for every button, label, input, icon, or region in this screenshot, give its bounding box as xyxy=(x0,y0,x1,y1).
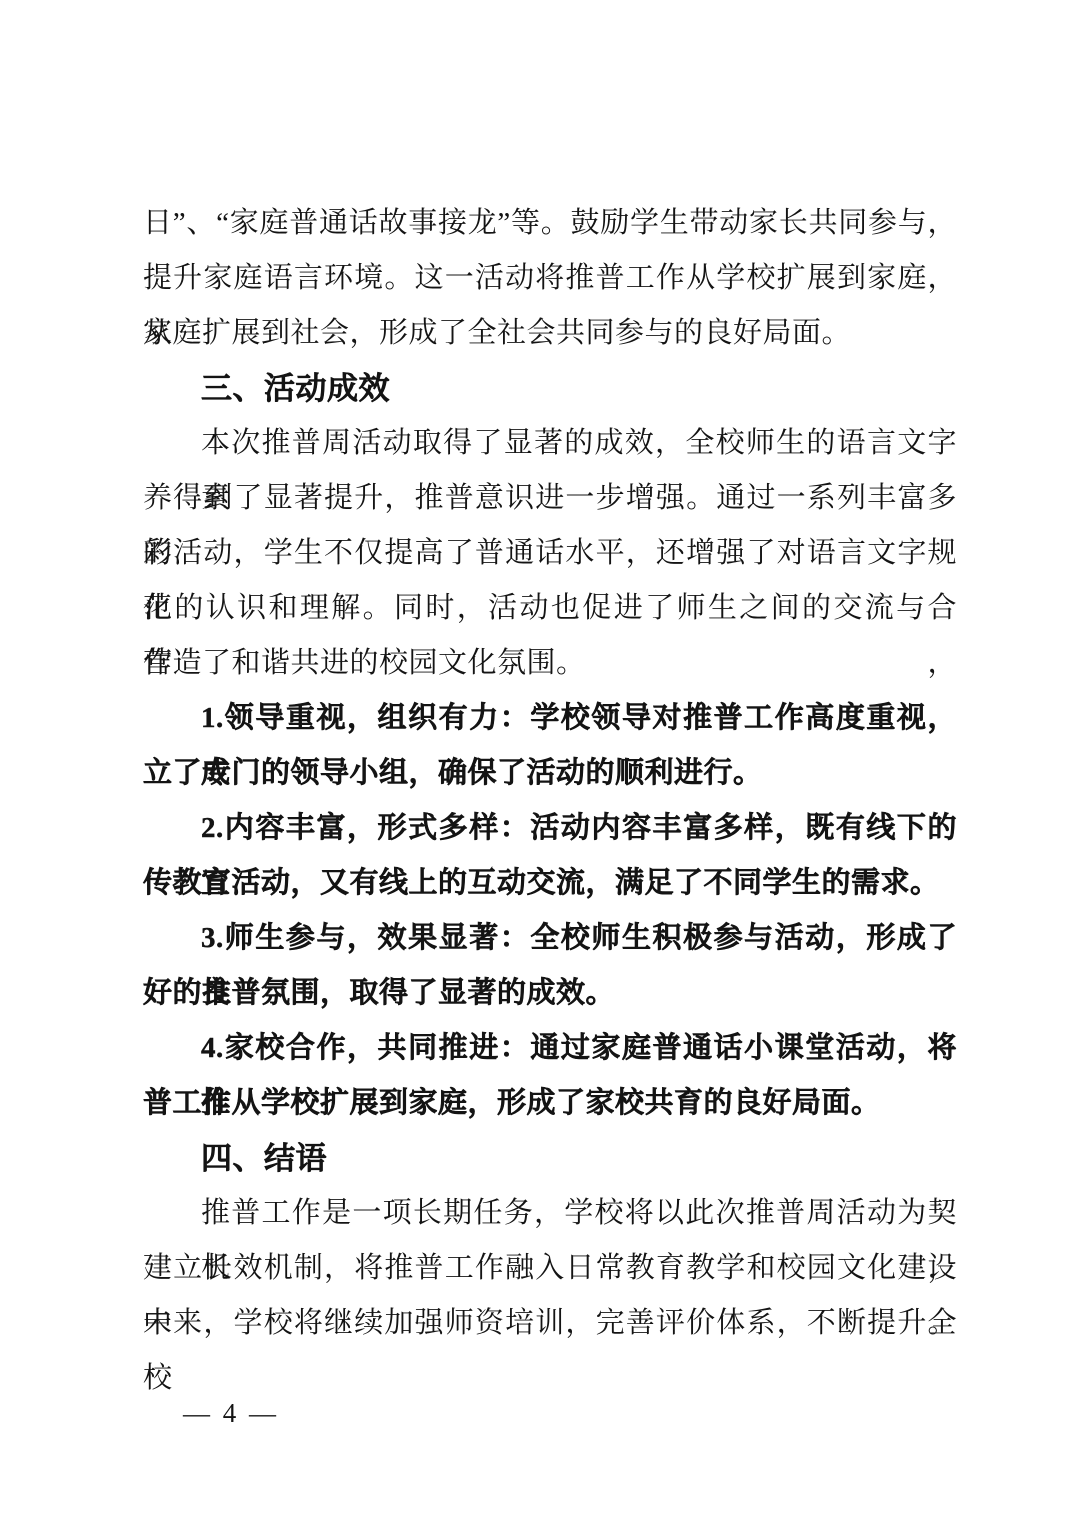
text-line: 建立长效机制，将推普工作融入日常教育教学和校园文化建设中。 xyxy=(143,1241,957,1296)
text-line: 提升家庭语言环境。这一活动将推普工作从学校扩展到家庭，从 xyxy=(143,251,957,306)
numbered-item-1: 1.领导重视，组织有力：学校领导对推普工作高度重视，成 xyxy=(143,691,957,746)
document-page: 日”、“家庭普通话故事接龙”等。鼓励学生带动家长共同参与， 提升家庭语言环境。这… xyxy=(0,0,1080,1527)
text-line: 的活动，学生不仅提高了普通话水平，还增强了对语言文字规范 xyxy=(143,526,957,581)
numbered-item-2: 2.内容丰富，形式多样：活动内容丰富多样，既有线下的宣 xyxy=(143,801,957,856)
text-line: 推普工作是一项长期任务，学校将以此次推普周活动为契机， xyxy=(143,1186,957,1241)
text-line: 日”、“家庭普通话故事接龙”等。鼓励学生带动家长共同参与， xyxy=(143,196,957,251)
section-heading-4: 四、结语 xyxy=(143,1131,957,1186)
text-line: 家庭扩展到社会，形成了全社会共同参与的良好局面。 xyxy=(143,306,957,361)
text-line: 传教育活动，又有线上的互动交流，满足了不同学生的需求。 xyxy=(143,856,957,911)
page-number: — 4 — xyxy=(183,1396,279,1430)
text-line: 未来，学校将继续加强师资培训，完善评价体系，不断提升全校 xyxy=(143,1296,957,1351)
text-line: 普工作从学校扩展到家庭，形成了家校共育的良好局面。 xyxy=(143,1076,957,1131)
numbered-item-3: 3.师生参与，效果显著：全校师生积极参与活动，形成了良 xyxy=(143,911,957,966)
text-line: 本次推普周活动取得了显著的成效，全校师生的语言文字素 xyxy=(143,416,957,471)
numbered-item-4: 4.家校合作，共同推进：通过家庭普通话小课堂活动，将推 xyxy=(143,1021,957,1076)
document-body: 日”、“家庭普通话故事接龙”等。鼓励学生带动家长共同参与， 提升家庭语言环境。这… xyxy=(143,196,957,1351)
section-heading-3: 三、活动成效 xyxy=(143,361,957,416)
text-line: 好的推普氛围，取得了显著的成效。 xyxy=(143,966,957,1021)
text-line: 化的认识和理解。同时，活动也促进了师生之间的交流与合作， xyxy=(143,581,957,636)
text-line: 立了专门的领导小组，确保了活动的顺利进行。 xyxy=(143,746,957,801)
text-line: 养得到了显著提升，推普意识进一步增强。通过一系列丰富多彩 xyxy=(143,471,957,526)
